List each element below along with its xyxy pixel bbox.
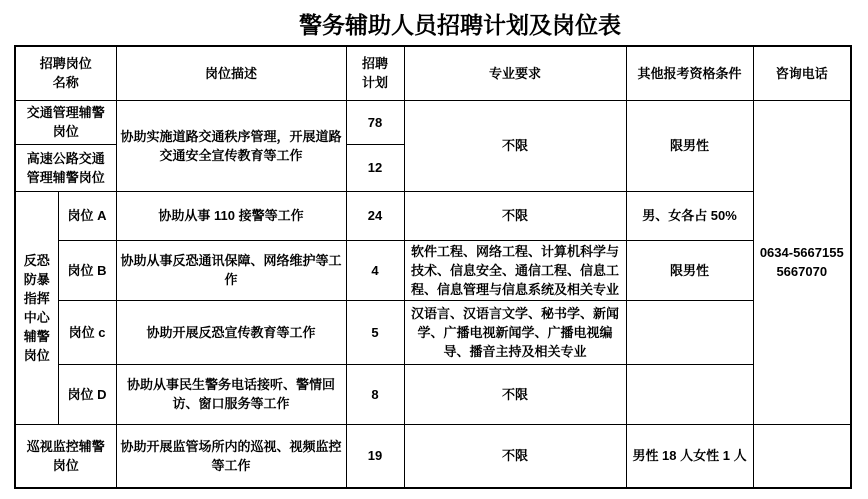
cell-position-c-desc: 协助开展反恐宣传教育等工作: [116, 300, 346, 364]
table-row-position-a: 反恐 防暴 指挥 中心 辅警 岗位 岗位 A 协助从事 110 接警等工作 24…: [15, 191, 851, 240]
cell-position-c-name: 岗位 c: [58, 300, 116, 364]
table-row-position-d: 岗位 D 协助从事民生警务电话接听、警情回访、窗口服务等工作 8 不限: [15, 364, 851, 424]
cell-traffic-shared-desc: 协助实施道路交通秩序管理，开展道路交通安全宣传教育等工作: [116, 100, 346, 191]
header-row: 招聘岗位 名称 岗位描述 招聘 计划 专业要求 其他报考资格条件 咨询电话: [15, 46, 851, 100]
cell-position-d-count: 8: [346, 364, 404, 424]
table-row-position-b: 岗位 B 协助从事反恐通讯保障、网络维护等工作 4 软件工程、网络工程、计算机科…: [15, 240, 851, 300]
cell-counterterror-group-name: 反恐 防暴 指挥 中心 辅警 岗位: [15, 191, 58, 424]
cell-position-a-desc: 协助从事 110 接警等工作: [116, 191, 346, 240]
cell-position-b-name: 岗位 B: [58, 240, 116, 300]
header-contact-phone: 咨询电话: [753, 46, 851, 100]
cell-traffic-shared-other: 限男性: [626, 100, 753, 191]
cell-patrol-name: 巡视监控辅警 岗位: [15, 424, 116, 488]
page: 警务辅助人员招聘计划及岗位表 招聘岗位 名称 岗位描述 招聘 计划 专业要求 其…: [0, 0, 868, 499]
cell-position-b-other: 限男性: [626, 240, 753, 300]
cell-traffic-name: 交通管理辅警 岗位: [15, 100, 116, 144]
cell-position-a-other: 男、女各占 50%: [626, 191, 753, 240]
cell-highway-name: 高速公路交通 管理辅警岗位: [15, 144, 116, 191]
cell-position-b-count: 4: [346, 240, 404, 300]
cell-position-a-major: 不限: [404, 191, 626, 240]
cell-highway-count: 12: [346, 144, 404, 191]
cell-patrol-desc: 协助开展监管场所内的巡视、视频监控等工作: [116, 424, 346, 488]
cell-position-a-count: 24: [346, 191, 404, 240]
header-position-name: 招聘岗位 名称: [15, 46, 116, 100]
cell-traffic-shared-major: 不限: [404, 100, 626, 191]
header-recruit-count: 招聘 计划: [346, 46, 404, 100]
cell-position-d-desc: 协助从事民生警务电话接听、警情回访、窗口服务等工作: [116, 364, 346, 424]
cell-position-c-count: 5: [346, 300, 404, 364]
cell-contact-phone-number: 0634-5667155 5667070: [753, 100, 851, 424]
header-major-requirement: 专业要求: [404, 46, 626, 100]
cell-position-d-major: 不限: [404, 364, 626, 424]
cell-position-c-major: 汉语言、汉语言文学、秘书学、新闻学、广播电视新闻学、广播电视编导、播音主持及相关…: [404, 300, 626, 364]
table-row-traffic: 交通管理辅警 岗位 协助实施道路交通秩序管理，开展道路交通安全宣传教育等工作 7…: [15, 100, 851, 144]
cell-patrol-phone: [753, 424, 851, 488]
cell-position-d-name: 岗位 D: [58, 364, 116, 424]
cell-position-d-other: [626, 364, 753, 424]
page-title: 警务辅助人员招聘计划及岗位表: [0, 7, 868, 40]
cell-patrol-major: 不限: [404, 424, 626, 488]
recruitment-table: 招聘岗位 名称 岗位描述 招聘 计划 专业要求 其他报考资格条件 咨询电话 交通…: [14, 45, 852, 489]
cell-patrol-count: 19: [346, 424, 404, 488]
header-other-qualification: 其他报考资格条件: [626, 46, 753, 100]
cell-position-a-name: 岗位 A: [58, 191, 116, 240]
cell-patrol-other: 男性 18 人女性 1 人: [626, 424, 753, 488]
header-position-desc: 岗位描述: [116, 46, 346, 100]
table-row-position-c: 岗位 c 协助开展反恐宣传教育等工作 5 汉语言、汉语言文学、秘书学、新闻学、广…: [15, 300, 851, 364]
cell-traffic-count: 78: [346, 100, 404, 144]
cell-position-b-major: 软件工程、网络工程、计算机科学与技术、信息安全、通信工程、信息工程、信息管理与信…: [404, 240, 626, 300]
cell-position-b-desc: 协助从事反恐通讯保障、网络维护等工作: [116, 240, 346, 300]
table-row-patrol: 巡视监控辅警 岗位 协助开展监管场所内的巡视、视频监控等工作 19 不限 男性 …: [15, 424, 851, 488]
cell-position-c-other: [626, 300, 753, 364]
